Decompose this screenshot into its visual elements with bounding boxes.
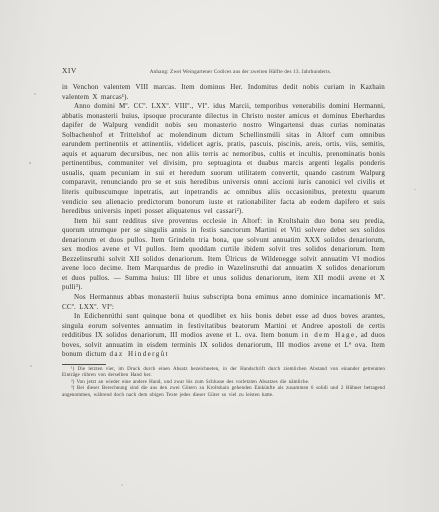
- page-header: XIV Anhang: Zwei Weingartener Codices au…: [62, 66, 385, 75]
- footnotes: ¹) Die letzten vier, im Druck durch eine…: [62, 367, 385, 399]
- paragraph-nos-hermannus: Nos Hermannus abbas monasterii huius sub…: [62, 293, 385, 312]
- scan-speck: [29, 162, 31, 164]
- scan-speck: [34, 93, 36, 95]
- footnote-1: ¹) Die letzten vier, im Druck durch eine…: [62, 367, 385, 380]
- text-segment-spaced: in dem Hage: [301, 331, 355, 339]
- page-number: XIV: [62, 66, 96, 75]
- scanned-page: XIV Anhang: Zwei Weingartener Codices au…: [0, 0, 439, 512]
- paragraph-redditus: Item hii sunt redditus sive proventus ec…: [62, 217, 385, 293]
- paragraph-continuation: in Venchon valentem VIII marcas. Item do…: [62, 83, 385, 102]
- body-text: in Venchon valentem VIII marcas. Item do…: [62, 83, 385, 360]
- paragraph-anno-domini: Anno domini Mº. CCº. LXXº. VIIIº., VIº. …: [62, 102, 385, 217]
- paragraph-edichenruthi: In Edichenrúthi sunt quinque bona et quo…: [62, 312, 385, 360]
- text-segment-spaced: daz Hindergůt: [110, 350, 169, 358]
- footnote-3: ³) Bei dieser Berechnung sind die aus de…: [62, 386, 385, 399]
- scan-speck: [121, 484, 123, 486]
- footnote-separator: [62, 364, 106, 365]
- running-title: Anhang: Zwei Weingartener Codices aus de…: [96, 69, 385, 75]
- scan-speck: [30, 365, 32, 367]
- scan-speck: [414, 189, 416, 190]
